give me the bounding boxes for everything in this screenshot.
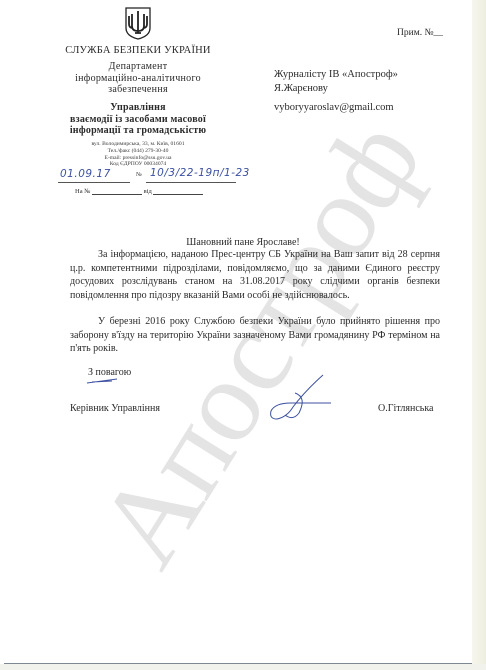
recipient-email: vyboryyaroslav@gmail.com [274,102,394,113]
paragraph: За інформацією, наданою Прес-центру СБ У… [70,248,440,302]
closing: З повагою [88,367,131,378]
trident-coat-of-arms-icon [124,6,152,40]
department-block: Департамент інформаційно-аналітичного за… [40,61,236,96]
number-label: № [136,172,142,178]
department-line: Департамент [40,61,236,73]
signer-role: Керівник Управління [70,403,160,414]
greeting: Шановний пане Ярославе! [0,237,486,248]
recipient-name: Я.Жарєнову [274,82,398,96]
outgoing-number-handwritten: 10/3/22-19п/1-23 [150,167,250,179]
recipient-block: Журналісту ІВ «Апостроф» Я.Жарєнову [274,68,398,95]
paragraph-text: За інформацією, наданою Прес-центру СБ У… [70,249,440,301]
signer-name: О.Гітлянська [378,403,434,414]
number-underline [146,182,236,183]
reference-date-blank [153,187,203,195]
prim-number: Прим. №__ [397,28,443,38]
page-edge [472,0,486,670]
recipient-line: Журналісту ІВ «Апостроф» [274,68,398,82]
reference-row: На № від [75,187,203,195]
directorate-line: взаємодії із засобами масової [40,114,236,126]
reference-from-label: від [144,188,152,195]
directorate-line: Управління [40,102,236,114]
scan-background [0,664,486,670]
address-block: вул. Володимирська, 33, м. Київ, 01601 Т… [40,141,236,168]
department-line: забезпечення [40,84,236,96]
directorate-block: Управління взаємодії із засобами масової… [40,102,236,137]
paragraph: У березні 2016 року Службою безпеки Укра… [70,315,440,356]
reference-label: На № [75,188,90,195]
date-underline [58,182,130,183]
directorate-line: інформації та громадськістю [40,125,236,137]
paragraph-text: У березні 2016 року Службою безпеки Укра… [70,316,440,354]
signature-icon [265,373,335,423]
address-line: вул. Володимирська, 33, м. Київ, 01601 [40,141,236,148]
initials-signature-icon [86,378,118,384]
department-line: інформаційно-аналітичного [40,73,236,85]
email-line: E-mail: pressinfo@ssu.gov.ua [40,155,236,162]
outgoing-date-handwritten: 01.09.17 [60,168,111,180]
organization-name: СЛУЖБА БЕЗПЕКИ УКРАЇНИ [40,45,236,57]
phone-line: Тел./факс (044) 279-30-40 [40,148,236,155]
reference-number-blank [92,187,142,195]
